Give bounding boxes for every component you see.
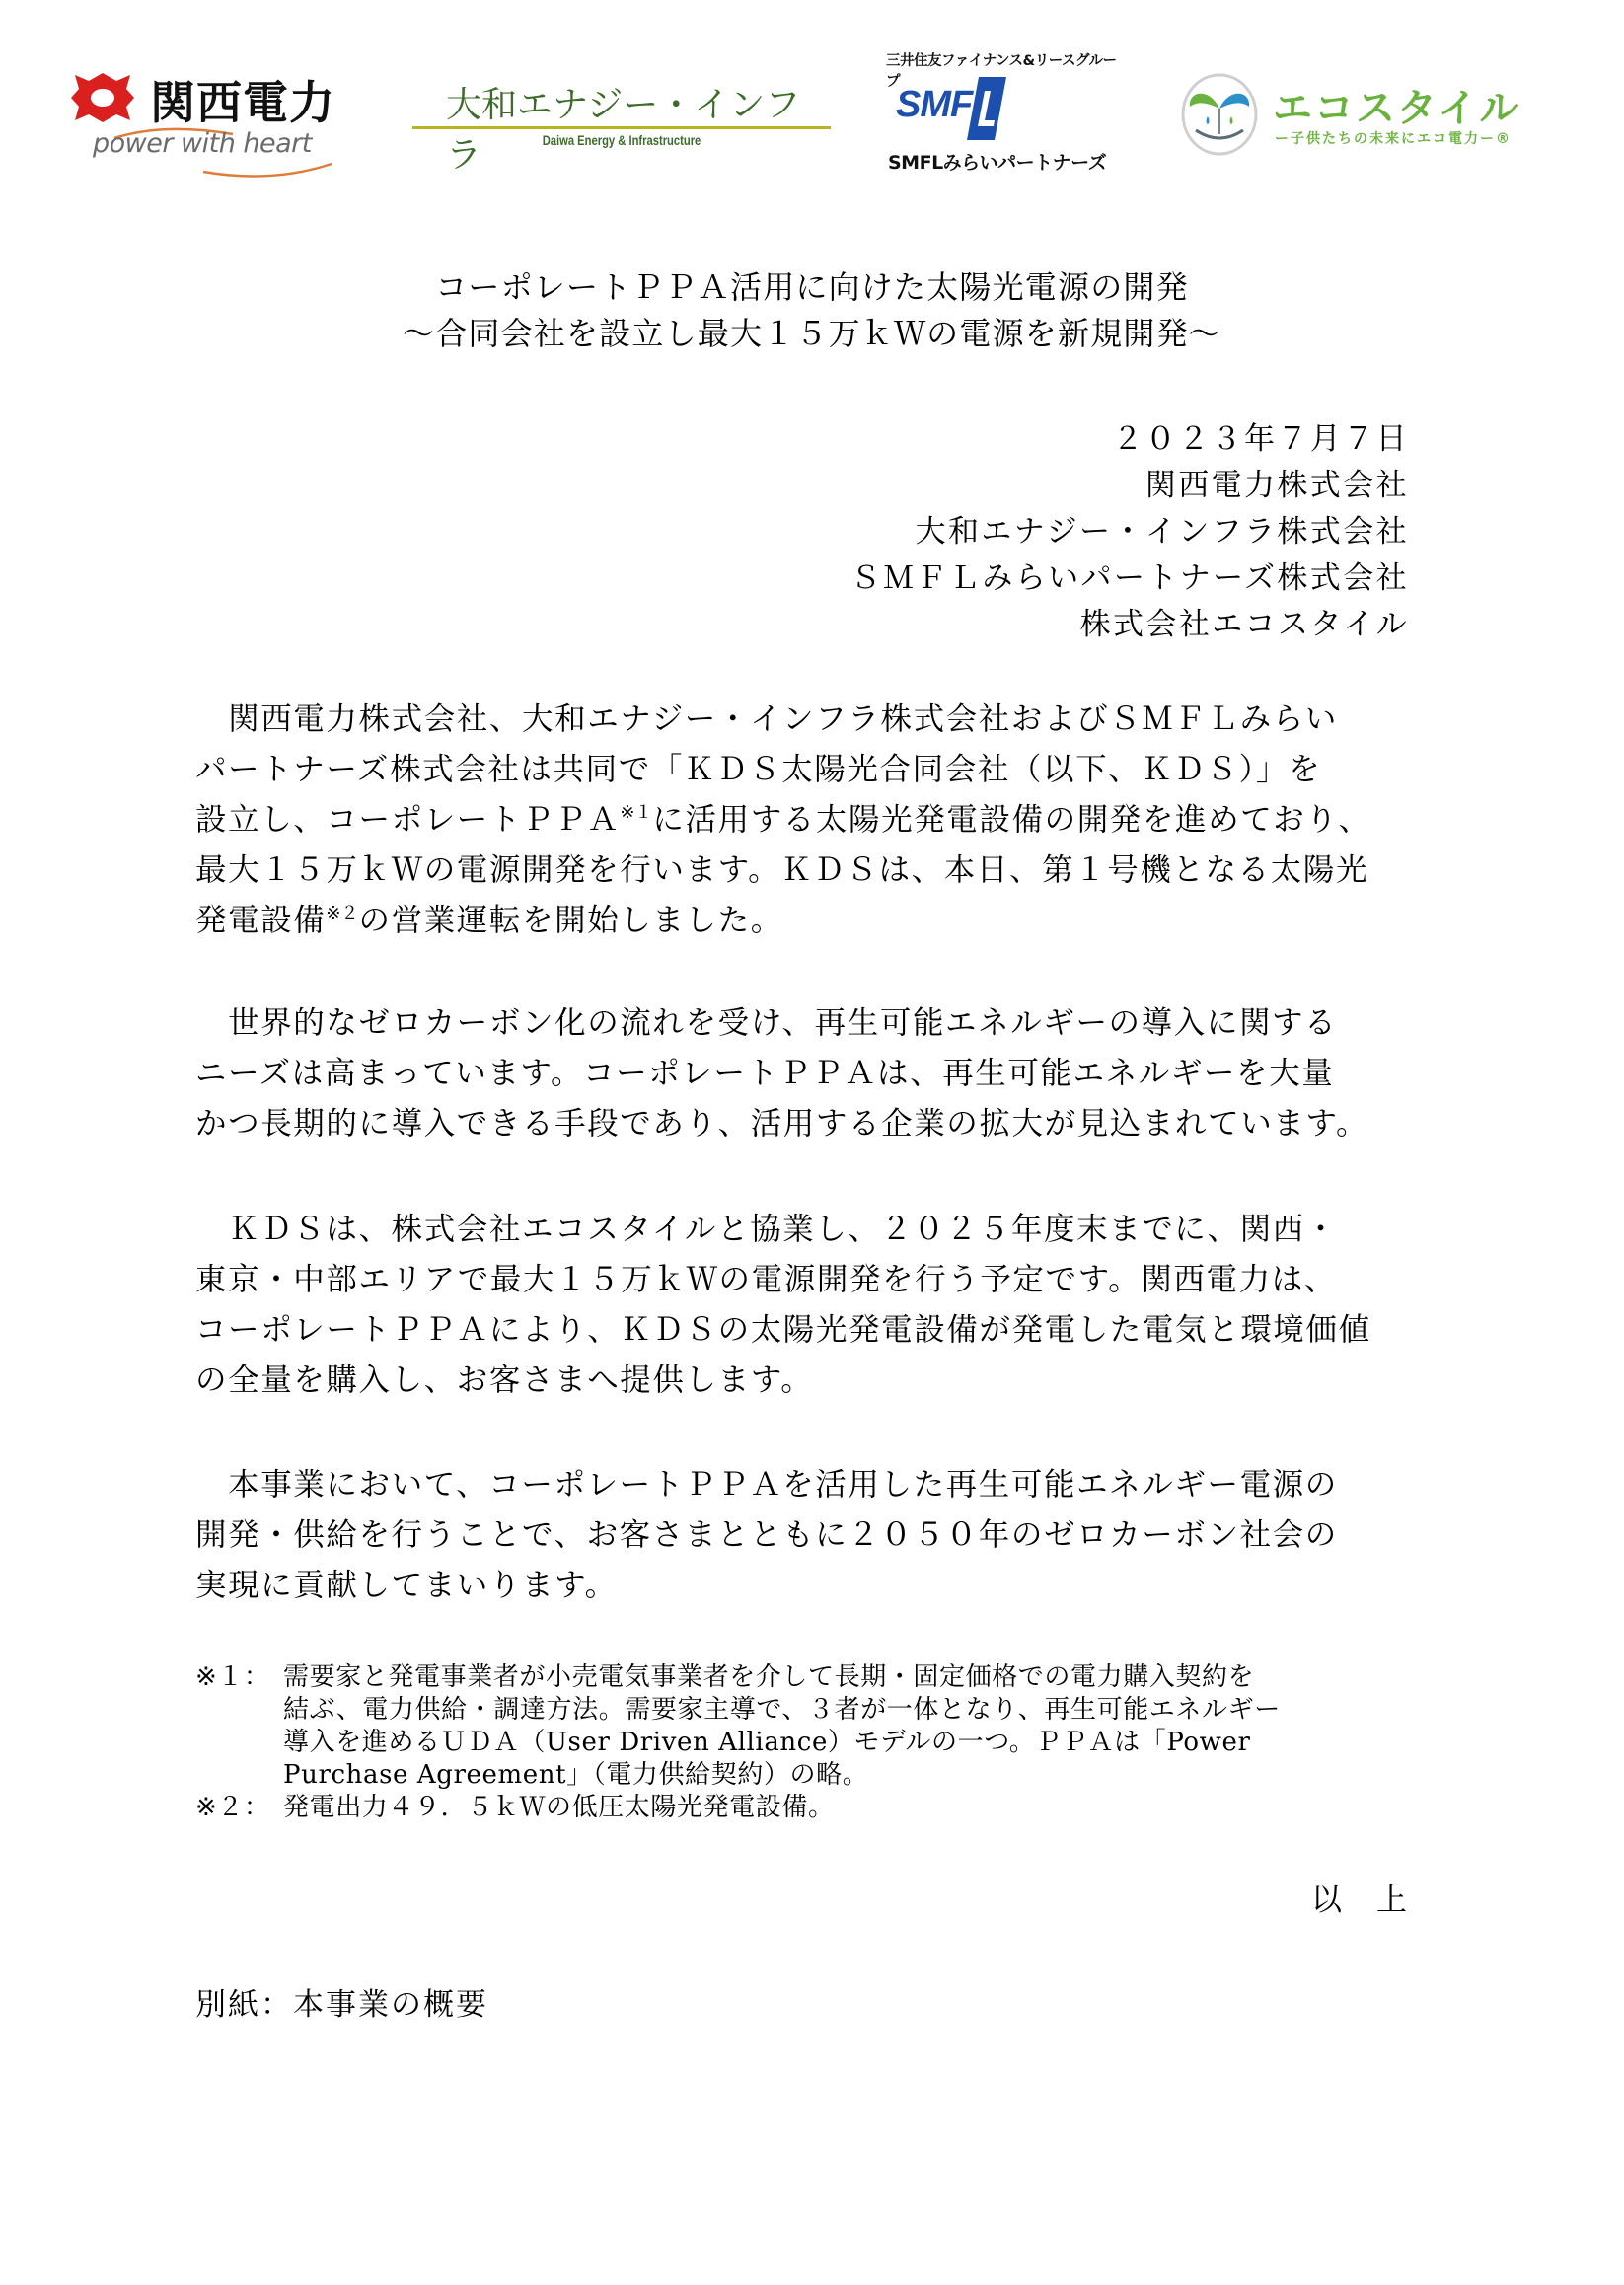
company-smfl: ＳＭＦＬみらいパートナーズ株式会社 — [850, 553, 1409, 597]
paragraph-line: の全量を購入し、お客さまへ提供します。 — [195, 1356, 1411, 1406]
kansai-name: 関西電力 — [150, 67, 335, 132]
ecostyle-logo: エコスタイル ー子供たちの未来にエコ電力ー® — [1180, 73, 1535, 162]
page-subtitle: ～合同会社を設立し最大１５万ｋＷの電源を新規開発～ — [0, 309, 1624, 354]
footnote-line: 結ぶ、電力供給・調達方法。需要家主導で、３者が一体となり、再生可能エネルギー — [283, 1694, 1281, 1727]
footnote-label: ※２： — [195, 1792, 283, 1824]
paragraph-line: 最大１５万ｋＷの電源開発を行います。ＫＤＳは、本日、第１号機となる太陽光 — [195, 846, 1411, 896]
footnote-2: ※２： 発電出力４９．５ｋＷの低圧太陽光発電設備。 — [195, 1792, 1419, 1824]
paragraph-line: 実現に貢献してまいります。 — [195, 1561, 1411, 1611]
text-run: 発電設備 — [195, 903, 326, 938]
paragraph-4: 本事業において、コーポレートＰＰＡを活用した再生可能エネルギー電源の 開発・供給… — [195, 1460, 1411, 1611]
footnote-line: 導入を進めるＵＤＡ（User Driven Alliance）モデルの一つ。ＰＰ… — [283, 1727, 1281, 1759]
paragraph-line: パートナーズ株式会社は共同で「ＫＤＳ太陽光合同会社（以下、ＫＤＳ）」を — [195, 745, 1411, 795]
paragraph-line: 開発・供給を行うことで、お客さまとともに２０５０年のゼロカーボン社会の — [195, 1511, 1411, 1561]
footnote-1: ※１： 需要家と発電事業者が小売電気事業者を介して長期・固定価格での電力購入契約… — [195, 1661, 1419, 1792]
kansai-emblem-icon — [69, 71, 136, 124]
paragraph-line: 関西電力株式会社、大和エナジー・インフラ株式会社およびＳＭＦＬみらい — [195, 695, 1411, 745]
closing-mark: 以 上 — [1311, 1875, 1409, 1919]
footnote-ref-1: ※１ — [620, 802, 652, 823]
footnote-line: 発電出力４９．５ｋＷの低圧太陽光発電設備。 — [283, 1792, 835, 1824]
footnote-line: 需要家と発電事業者が小売電気事業者を介して長期・固定価格での電力購入契約を — [283, 1661, 1281, 1694]
paragraph-line: コーポレートＰＰＡにより、ＫＤＳの太陽光発電設備が発電した電気と環境価値 — [195, 1305, 1411, 1356]
footnotes: ※１： 需要家と発電事業者が小売電気事業者を介して長期・固定価格での電力購入契約… — [195, 1661, 1419, 1824]
smfl-logo: 三井住友ファイナンス&リースグループ SMF SMFLみらいパートナーズ — [886, 49, 1123, 178]
page-title: コーポレートＰＰＡ活用に向けた太陽光電源の開発 — [0, 262, 1624, 308]
footnote-body: 発電出力４９．５ｋＷの低圧太陽光発電設備。 — [283, 1792, 835, 1824]
text-run: の営業運転を開始しました。 — [359, 903, 783, 938]
paragraph-1: 関西電力株式会社、大和エナジー・インフラ株式会社およびＳＭＦＬみらい パートナー… — [195, 695, 1411, 946]
ecostyle-emblem-icon — [1180, 73, 1259, 156]
company-daiwa: 大和エナジー・インフラ株式会社 — [916, 506, 1409, 551]
ecostyle-tagline: ー子供たちの未来にエコ電力ー® — [1275, 128, 1512, 148]
paragraph-line: かつ長期的に導入できる手段であり、活用する企業の拡大が見込まれています。 — [195, 1099, 1411, 1149]
footnote-label: ※１： — [195, 1661, 283, 1792]
daiwa-name-en: Daiwa Energy & Infrastructure — [454, 132, 788, 148]
daiwa-energy-logo: 大和エナジー・インフラ Daiwa Energy & Infrastructur… — [412, 77, 831, 156]
paragraph-line: ＫＤＳは、株式会社エコスタイルと協業し、２０２５年度末までに、関西・ — [195, 1205, 1411, 1255]
paragraph-line: 東京・中部エリアで最大１５万ｋＷの電源開発を行う予定です。関西電力は、 — [195, 1255, 1411, 1305]
release-date: ２０２３年７月７日 — [1112, 413, 1409, 458]
paragraph-line: 世界的なゼロカーボン化の流れを受け、再生可能エネルギーの導入に関する — [195, 998, 1411, 1049]
smfl-company-name: SMFLみらいパートナーズ — [888, 148, 1106, 175]
attachment-reference: 別紙：本事業の概要 — [195, 1979, 488, 2024]
kansai-tagline: power with heart — [93, 128, 312, 159]
footnote-ref-2: ※２ — [326, 903, 358, 923]
company-kansai: 関西電力株式会社 — [1145, 460, 1409, 504]
ecostyle-name: エコスタイル — [1273, 77, 1520, 133]
paragraph-line: 発電設備※２の営業運転を開始しました。 — [195, 896, 1411, 946]
footnote-line: Purchase Agreement」（電力供給契約）の略。 — [283, 1759, 1281, 1792]
smfl-wordmark: SMF — [896, 84, 972, 126]
paragraph-2: 世界的なゼロカーボン化の流れを受け、再生可能エネルギーの導入に関する ニーズは高… — [195, 998, 1411, 1149]
company-ecostyle: 株式会社エコスタイル — [1080, 599, 1409, 643]
footnote-body: 需要家と発電事業者が小売電気事業者を介して長期・固定価格での電力購入契約を 結ぶ… — [283, 1661, 1281, 1792]
smfl-l-block-icon — [967, 77, 1006, 140]
daiwa-rule — [412, 126, 831, 129]
text-run: 設立し、コーポレートＰＰＡ — [195, 802, 620, 838]
paragraph-3: ＫＤＳは、株式会社エコスタイルと協業し、２０２５年度末までに、関西・ 東京・中部… — [195, 1205, 1411, 1406]
paragraph-line: 設立し、コーポレートＰＰＡ※１に活用する太陽光発電設備の開発を進めており、 — [195, 795, 1411, 846]
text-run: に活用する太陽光発電設備の開発を進めており、 — [652, 802, 1370, 838]
kansai-electric-logo: 関西電力 power with heart — [65, 65, 361, 176]
paragraph-line: 本事業において、コーポレートＰＰＡを活用した再生可能エネルギー電源の — [195, 1460, 1411, 1511]
paragraph-line: ニーズは高まっています。コーポレートＰＰＡは、再生可能エネルギーを大量 — [195, 1049, 1411, 1099]
